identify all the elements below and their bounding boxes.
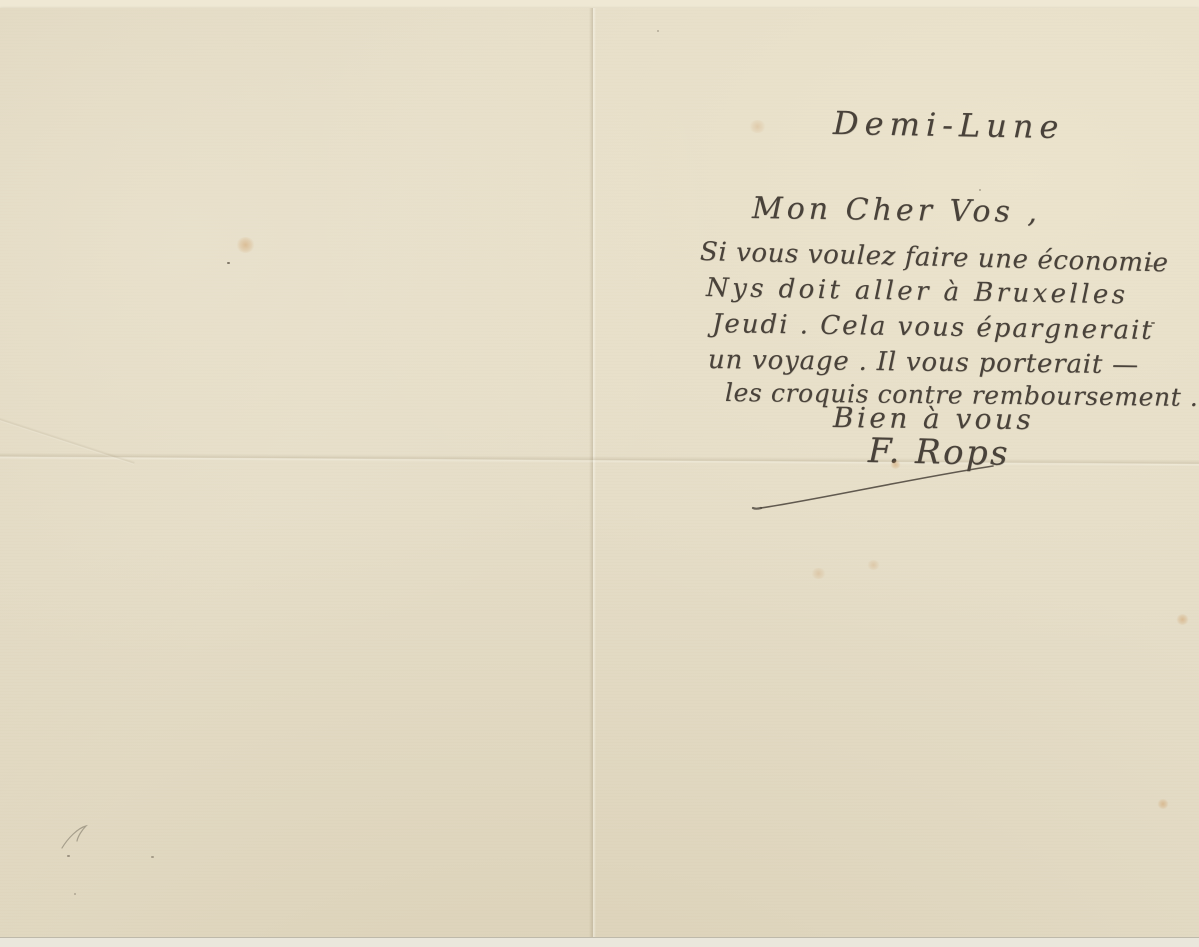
backing-sheet-edge-bottom xyxy=(0,937,1199,947)
paper-speck xyxy=(1147,265,1153,267)
signature-flourish-underline xyxy=(745,446,1015,518)
foxing-spot xyxy=(1157,799,1169,809)
paper-speck xyxy=(657,30,659,32)
letter-heading-place: Demi-Lune xyxy=(833,104,1065,146)
foxing-spot xyxy=(1176,614,1189,625)
paper-speck xyxy=(979,189,981,191)
scanned-letter-image: Demi-Lune Mon Cher Vos , Si vous voulez … xyxy=(0,0,1199,947)
foxing-spot xyxy=(811,568,826,579)
letter-salutation: Mon Cher Vos , xyxy=(752,191,1041,230)
paper-speck xyxy=(227,262,230,264)
letter-page-left xyxy=(0,8,589,938)
letter-body-line-4: un voyage . Il vous porterait — xyxy=(708,345,1139,380)
foxing-spot xyxy=(890,460,901,469)
foxing-spot xyxy=(867,560,880,570)
vertical-fold-crease xyxy=(589,8,596,938)
paper-speck xyxy=(151,856,154,858)
paper-speck xyxy=(74,893,76,895)
foxing-spot xyxy=(749,120,766,133)
foxing-spot xyxy=(236,237,255,253)
pencil-mark xyxy=(52,814,108,858)
letter-closing: Bien à vous xyxy=(833,401,1034,436)
letter-paper: Demi-Lune Mon Cher Vos , Si vous voulez … xyxy=(0,8,1199,938)
paper-speck xyxy=(1151,322,1155,324)
